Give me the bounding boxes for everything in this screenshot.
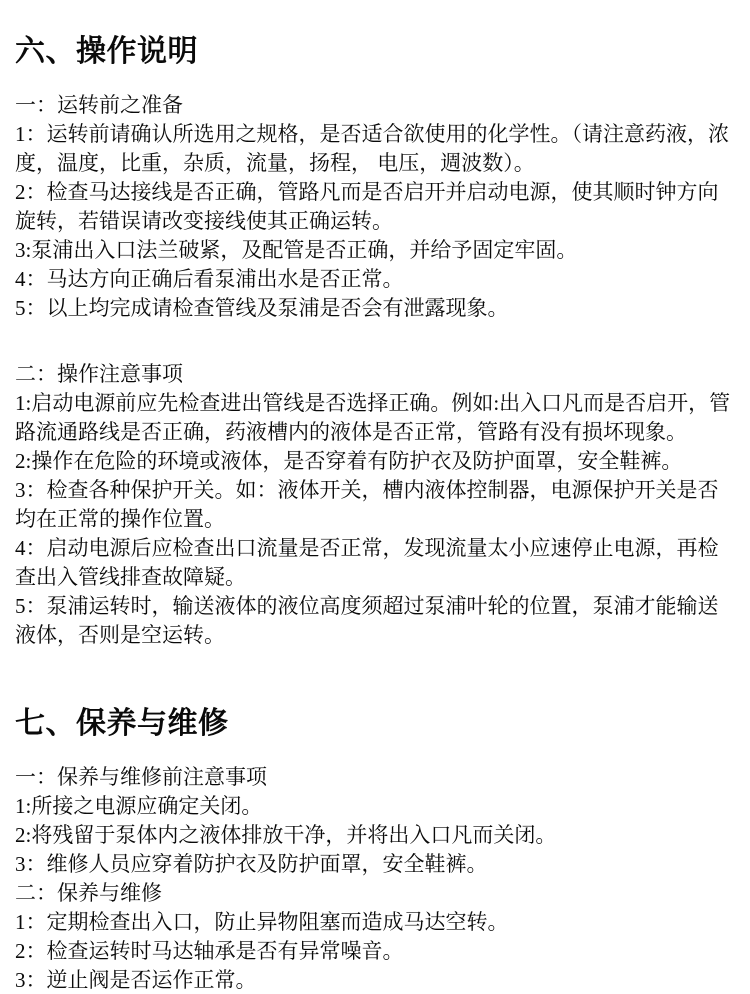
block-maintenance-precautions: 一：保养与维修前注意事项 1:所接之电源应确定关闭。 2:将残留于泵体内之液体排… [15, 763, 736, 879]
list-item: 2:操作在危险的环境或液体，是否穿着有防护衣及防护面罩，安全鞋裤。 [15, 447, 736, 476]
section-operating-instructions: 六、操作说明 一：运转前之准备 1：运转前请确认所选用之规格，是否适合欲使用的化… [15, 36, 736, 650]
block-subtitle: 一：保养与维修前注意事项 [15, 763, 736, 792]
block-operation-precautions: 二：操作注意事项 1:启动电源前应先检查进出管线是否选择正确。例如:出入口凡而是… [15, 360, 736, 650]
list-item: 2:将残留于泵体内之液体排放干净，并将出入口凡而关闭。 [15, 821, 736, 850]
block-subtitle: 二：保养与维修 [15, 879, 736, 908]
list-item: 4：马达方向正确后看泵浦出水是否正常。 [15, 265, 736, 294]
list-item: 5：以上均完成请检查管线及泵浦是否会有泄露现象。 [15, 294, 736, 323]
list-item: 5：泵浦运转时，输送液体的液位高度须超过泵浦叶轮的位置，泵浦才能输送液体，否则是… [15, 592, 736, 650]
list-item: 3:泵浦出入口法兰破紧，及配管是否正确，并给予固定牢固。 [15, 236, 736, 265]
list-item: 3：逆止阀是否运作正常。 [15, 966, 736, 994]
manual-page: 六、操作说明 一：运转前之准备 1：运转前请确认所选用之规格，是否适合欲使用的化… [0, 0, 750, 994]
list-item: 2：检查运转时马达轴承是否有异常噪音。 [15, 937, 736, 966]
block-subtitle: 二：操作注意事项 [15, 360, 736, 389]
list-item: 2：检查马达接线是否正确，管路凡而是否启开并启动电源，使其顺时钟方向旋转，若错误… [15, 178, 736, 236]
list-item: 3：维修人员应穿着防护衣及防护面罩，安全鞋裤。 [15, 850, 736, 879]
block-preparation-before-operation: 一：运转前之准备 1：运转前请确认所选用之规格，是否适合欲使用的化学性。（请注意… [15, 91, 736, 323]
section-maintenance-and-repair: 七、保养与维修 一：保养与维修前注意事项 1:所接之电源应确定关闭。 2:将残留… [15, 708, 736, 994]
list-item: 1：运转前请确认所选用之规格，是否适合欲使用的化学性。（请注意药液，浓度，温度，… [15, 120, 736, 178]
list-item: 3：检查各种保护开关。如：液体开关，槽内液体控制器，电源保护开关是否均在正常的操… [15, 476, 736, 534]
section-heading-maintenance-and-repair: 七、保养与维修 [15, 708, 736, 740]
block-subtitle: 一：运转前之准备 [15, 91, 736, 120]
list-item: 1：定期检查出入口，防止异物阻塞而造成马达空转。 [15, 908, 736, 937]
list-item: 1:启动电源前应先检查进出管线是否选择正确。例如:出入口凡而是否启开，管路流通路… [15, 389, 736, 447]
block-maintenance-checks: 二：保养与维修 1：定期检查出入口，防止异物阻塞而造成马达空转。 2：检查运转时… [15, 879, 736, 994]
list-item: 1:所接之电源应确定关闭。 [15, 792, 736, 821]
list-item: 4：启动电源后应检查出口流量是否正常，发现流量太小应速停止电源，再检查出入管线排… [15, 534, 736, 592]
section-heading-operating-instructions: 六、操作说明 [15, 36, 736, 68]
